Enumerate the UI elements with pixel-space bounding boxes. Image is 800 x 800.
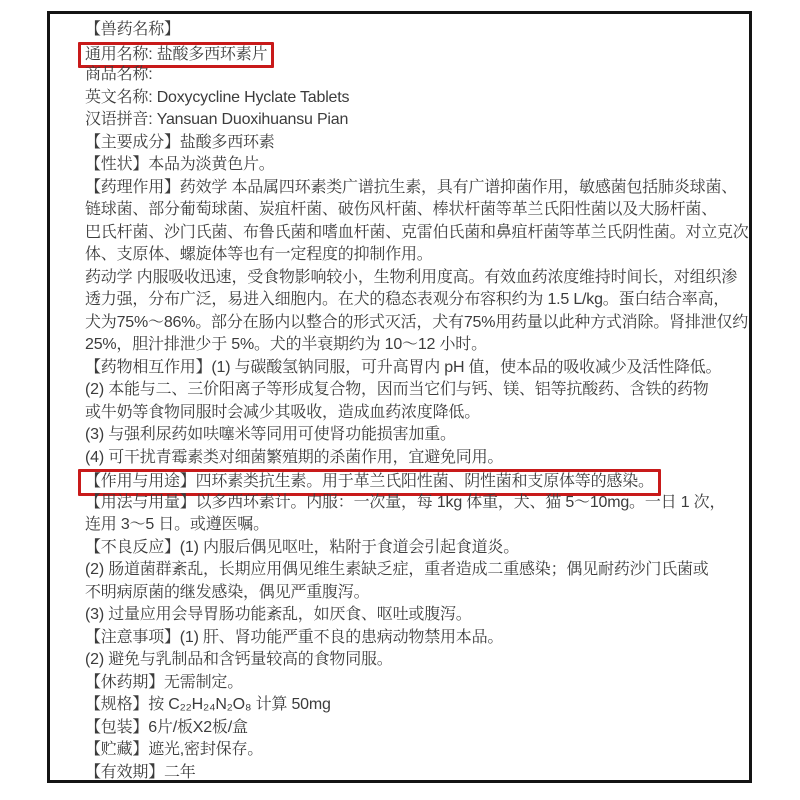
document-line-text: 【规格】按 C₂₂H₂₄N₂O₈ 计算 50mg (85, 694, 331, 717)
document-line-text: (4) 可干扰青霉素类对细菌繁殖期的杀菌作用，宜避免同用。 (85, 447, 503, 470)
document-line: 【有效期】二年 (85, 762, 721, 785)
document-line-text: (2) 肠道菌群紊乱，长期应用偶见维生素缺乏症，重者造成二重感染；偶见耐药沙门氏… (85, 559, 709, 582)
document-line-text: 透力强，分布广泛，易进入细胞内。在犬的稳态表观分布容积约为 1.5 L/kg。蛋… (85, 289, 729, 312)
document-line: 【注意事项】(1) 肝、肾功能严重不良的患病动物禁用本品。 (85, 627, 721, 650)
document-line-text: 或牛奶等食物同服时会减少其吸收，造成血药浓度降低。 (85, 402, 480, 425)
document-line-text: 25%，胆汁排泄少于 5%。犬的半衰期约为 10～12 小时。 (85, 334, 487, 357)
document-line: (3) 与强利尿药如呋噻米等同用可使肾功能损害加重。 (85, 424, 721, 447)
document-line-text: 体、支原体、螺旋体等也有一定程度的抑制作用。 (85, 244, 433, 267)
document-line: 英文名称: Doxycycline Hyclate Tablets (85, 87, 721, 110)
document-line: 【性状】本品为淡黄色片。 (85, 154, 721, 177)
document-line: 药动学 内服吸收迅速，受食物影响较小，生物利用度高。有效血药浓度维持时间长，对组… (85, 267, 721, 290)
document-line-text: (2) 避免与乳制品和含钙量较高的食物同服。 (85, 649, 393, 672)
document-line: 巴氏杆菌、沙门氏菌、布鲁氏菌和嗜血杆菌、克雷伯氏菌和鼻疽杆菌等革兰氏阴性菌。对立… (85, 222, 721, 245)
document-line-text: 不明病原菌的继发感染，偶见严重腹泻。 (85, 582, 369, 605)
document-line-text: 【休药期】无需制定。 (85, 672, 243, 695)
document-line-text: 【药物相互作用】(1) 与碳酸氢钠同服，可升高胃内 pH 值，使本品的吸收减少及… (85, 357, 721, 380)
document-line: 犬为75%～86%。部分在肠内以整合的形式灭活，犬有75%用药量以此种方式消除。… (85, 312, 721, 335)
document-line: 透力强，分布广泛，易进入细胞内。在犬的稳态表观分布容积约为 1.5 L/kg。蛋… (85, 289, 721, 312)
document-line: 【用法与用量】以多西环素计。内服：一次量，每 1kg 体重，犬、猫 5～10mg… (85, 492, 721, 515)
document-line-text: 犬为75%～86%。部分在肠内以整合的形式灭活，犬有75%用药量以此种方式消除。… (85, 312, 748, 335)
document-line-text: 链球菌、部分葡萄球菌、炭疽杆菌、破伤风杆菌、棒状杆菌等革兰氏阳性菌以及大肠杆菌、 (85, 199, 717, 222)
document-line: 连用 3～5 日。或遵医嘱。 (85, 514, 721, 537)
document-line: 25%，胆汁排泄少于 5%。犬的半衰期约为 10～12 小时。 (85, 334, 721, 357)
document-line: 汉语拼音: Yansuan Duoxihuansu Pian (85, 109, 721, 132)
document-line-text: 巴氏杆菌、沙门氏菌、布鲁氏菌和嗜血杆菌、克雷伯氏菌和鼻疽杆菌等革兰氏阴性菌。对立… (85, 222, 749, 245)
document-line-text: 【贮藏】遮光,密封保存。 (85, 739, 263, 762)
document-line-highlighted: 通用名称: 盐酸多西环素片 (85, 42, 721, 65)
document-line: 【药理作用】药效学 本品属四环素类广谱抗生素，具有广谱抑菌作用，敏感菌包括肺炎球… (85, 177, 721, 200)
document-line-text: 【性状】本品为淡黄色片。 (85, 154, 275, 177)
document-line-text: 汉语拼音: Yansuan Duoxihuansu Pian (85, 109, 348, 132)
document-line-text: 连用 3～5 日。或遵医嘱。 (85, 514, 269, 537)
document-line-text: 药动学 内服吸收迅速，受食物影响较小，生物利用度高。有效血药浓度维持时间长，对组… (85, 267, 737, 290)
document-line: (4) 可干扰青霉素类对细菌繁殖期的杀菌作用，宜避免同用。 (85, 447, 721, 470)
document-line-text: (2) 本能与二、三价阳离子等形成复合物，因而当它们与钙、镁、铝等抗酸药、含铁的… (85, 379, 709, 402)
document-line: 【兽药名称】 (85, 19, 721, 42)
document-line: (2) 避免与乳制品和含钙量较高的食物同服。 (85, 649, 721, 672)
document-body: 【兽药名称】 通用名称: 盐酸多西环素片 商品名称: 英文名称: Doxycyc… (50, 14, 749, 784)
document-line-text: 【注意事项】(1) 肝、肾功能严重不良的患病动物禁用本品。 (85, 627, 503, 650)
page-background: 【兽药名称】 通用名称: 盐酸多西环素片 商品名称: 英文名称: Doxycyc… (0, 0, 800, 800)
document-line: 链球菌、部分葡萄球菌、炭疽杆菌、破伤风杆菌、棒状杆菌等革兰氏阳性菌以及大肠杆菌、 (85, 199, 721, 222)
document-line: 不明病原菌的继发感染，偶见严重腹泻。 (85, 582, 721, 605)
document-line-text: 【不良反应】(1) 内服后偶见呕吐，粘附于食道会引起食道炎。 (85, 537, 519, 560)
document-line: 【不良反应】(1) 内服后偶见呕吐，粘附于食道会引起食道炎。 (85, 537, 721, 560)
document-line: 或牛奶等食物同服时会减少其吸收，造成血药浓度降低。 (85, 402, 721, 425)
document-line: 【规格】按 C₂₂H₂₄N₂O₈ 计算 50mg (85, 694, 721, 717)
document-line-text: (3) 与强利尿药如呋噻米等同用可使肾功能损害加重。 (85, 424, 456, 447)
document-line-text: 【有效期】二年 (85, 762, 196, 785)
document-line-text: 英文名称: Doxycycline Hyclate Tablets (85, 87, 349, 110)
document-line-highlighted: 【作用与用途】四环素类抗生素。用于革兰氏阳性菌、阴性菌和支原体等的感染。 (85, 469, 721, 492)
document-line-text: 商品名称: (85, 64, 152, 87)
document-border-frame: 【兽药名称】 通用名称: 盐酸多西环素片 商品名称: 英文名称: Doxycyc… (47, 11, 752, 783)
document-line-text: 【兽药名称】 (85, 19, 180, 42)
document-line: 【休药期】无需制定。 (85, 672, 721, 695)
document-line-text: (3) 过量应用会导胃肠功能紊乱，如厌食、呕吐或腹泻。 (85, 604, 472, 627)
document-line-text: 【包装】6片/板X2板/盒 (85, 717, 248, 740)
document-line-text: 【主要成分】盐酸多西环素 (85, 132, 275, 155)
document-line-text: 【药理作用】药效学 本品属四环素类广谱抗生素，具有广谱抑菌作用，敏感菌包括肺炎球… (85, 177, 737, 200)
document-line: (3) 过量应用会导胃肠功能紊乱，如厌食、呕吐或腹泻。 (85, 604, 721, 627)
document-line: 【主要成分】盐酸多西环素 (85, 132, 721, 155)
document-line: 体、支原体、螺旋体等也有一定程度的抑制作用。 (85, 244, 721, 267)
document-line-text: 【用法与用量】以多西环素计。内服：一次量，每 1kg 体重，犬、猫 5～10mg… (85, 492, 725, 515)
document-line: 【包装】6片/板X2板/盒 (85, 717, 721, 740)
document-line: 【药物相互作用】(1) 与碳酸氢钠同服，可升高胃内 pH 值，使本品的吸收减少及… (85, 357, 721, 380)
document-line: 【贮藏】遮光,密封保存。 (85, 739, 721, 762)
document-line: (2) 本能与二、三价阳离子等形成复合物，因而当它们与钙、镁、铝等抗酸药、含铁的… (85, 379, 721, 402)
document-line: (2) 肠道菌群紊乱，长期应用偶见维生素缺乏症，重者造成二重感染；偶见耐药沙门氏… (85, 559, 721, 582)
